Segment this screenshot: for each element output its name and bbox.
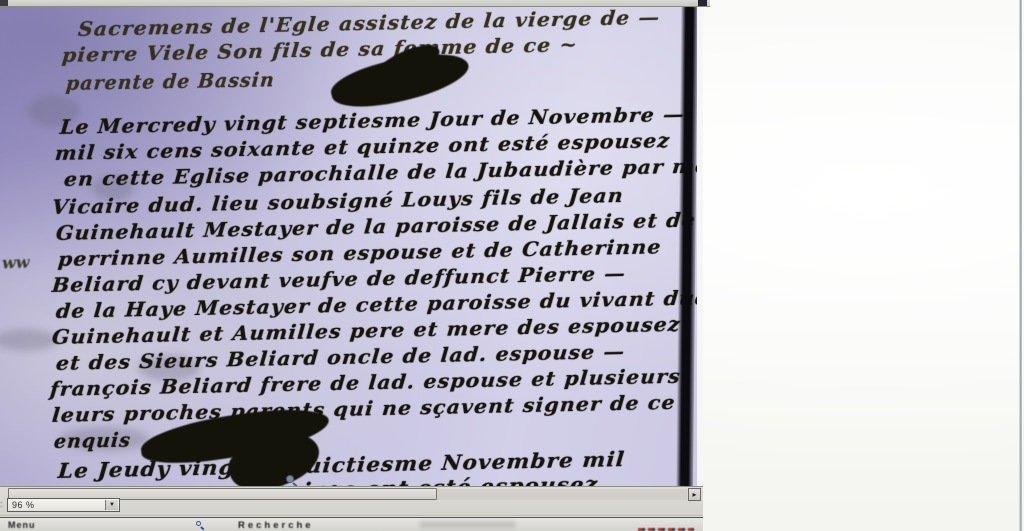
taskbar-menu-button[interactable]: Menu — [8, 520, 36, 530]
zoom-level-combobox[interactable]: 96 % ▼ — [7, 498, 120, 512]
horizontal-scrollbar-track[interactable] — [437, 489, 687, 500]
faint-taskbar-item — [420, 521, 515, 528]
viewport-right-gap — [697, 7, 703, 486]
top-left-ui-fragment — [0, 0, 8, 6]
scroll-right-button[interactable]: ▸ — [688, 488, 701, 501]
search-icon — [196, 521, 204, 529]
magnifier-cursor-icon — [286, 475, 297, 486]
application-window: Sacremens de l'Egle assistez de la vierg… — [0, 0, 703, 531]
page-stain — [0, 329, 58, 351]
zoom-level-value: 96 % — [12, 500, 35, 510]
margin-annotation: ww — [2, 253, 30, 273]
scanned-page-edge — [676, 7, 698, 486]
window-top-edge — [0, 0, 710, 7]
manuscript-line: enquis — [53, 430, 132, 453]
taskbar-search-label: Recherche — [238, 520, 314, 531]
viewer-control-bar: ▸ 96 % ▼ — [0, 486, 703, 516]
taskbar: Menu Recherche — [0, 517, 703, 531]
manuscript-line: parente de Bassin — [65, 69, 276, 95]
chevron-down-icon[interactable]: ▼ — [105, 500, 118, 510]
photographed-screen-print: Sacremens de l'Egle assistez de la vierg… — [0, 0, 1024, 531]
scan-right-edge-line — [1019, 0, 1022, 531]
cropped-zoom-label-fragment: : — [0, 499, 3, 509]
document-image-viewport[interactable]: Sacremens de l'Egle assistez de la vierg… — [0, 7, 703, 486]
top-right-ui-fragment — [698, 0, 707, 6]
